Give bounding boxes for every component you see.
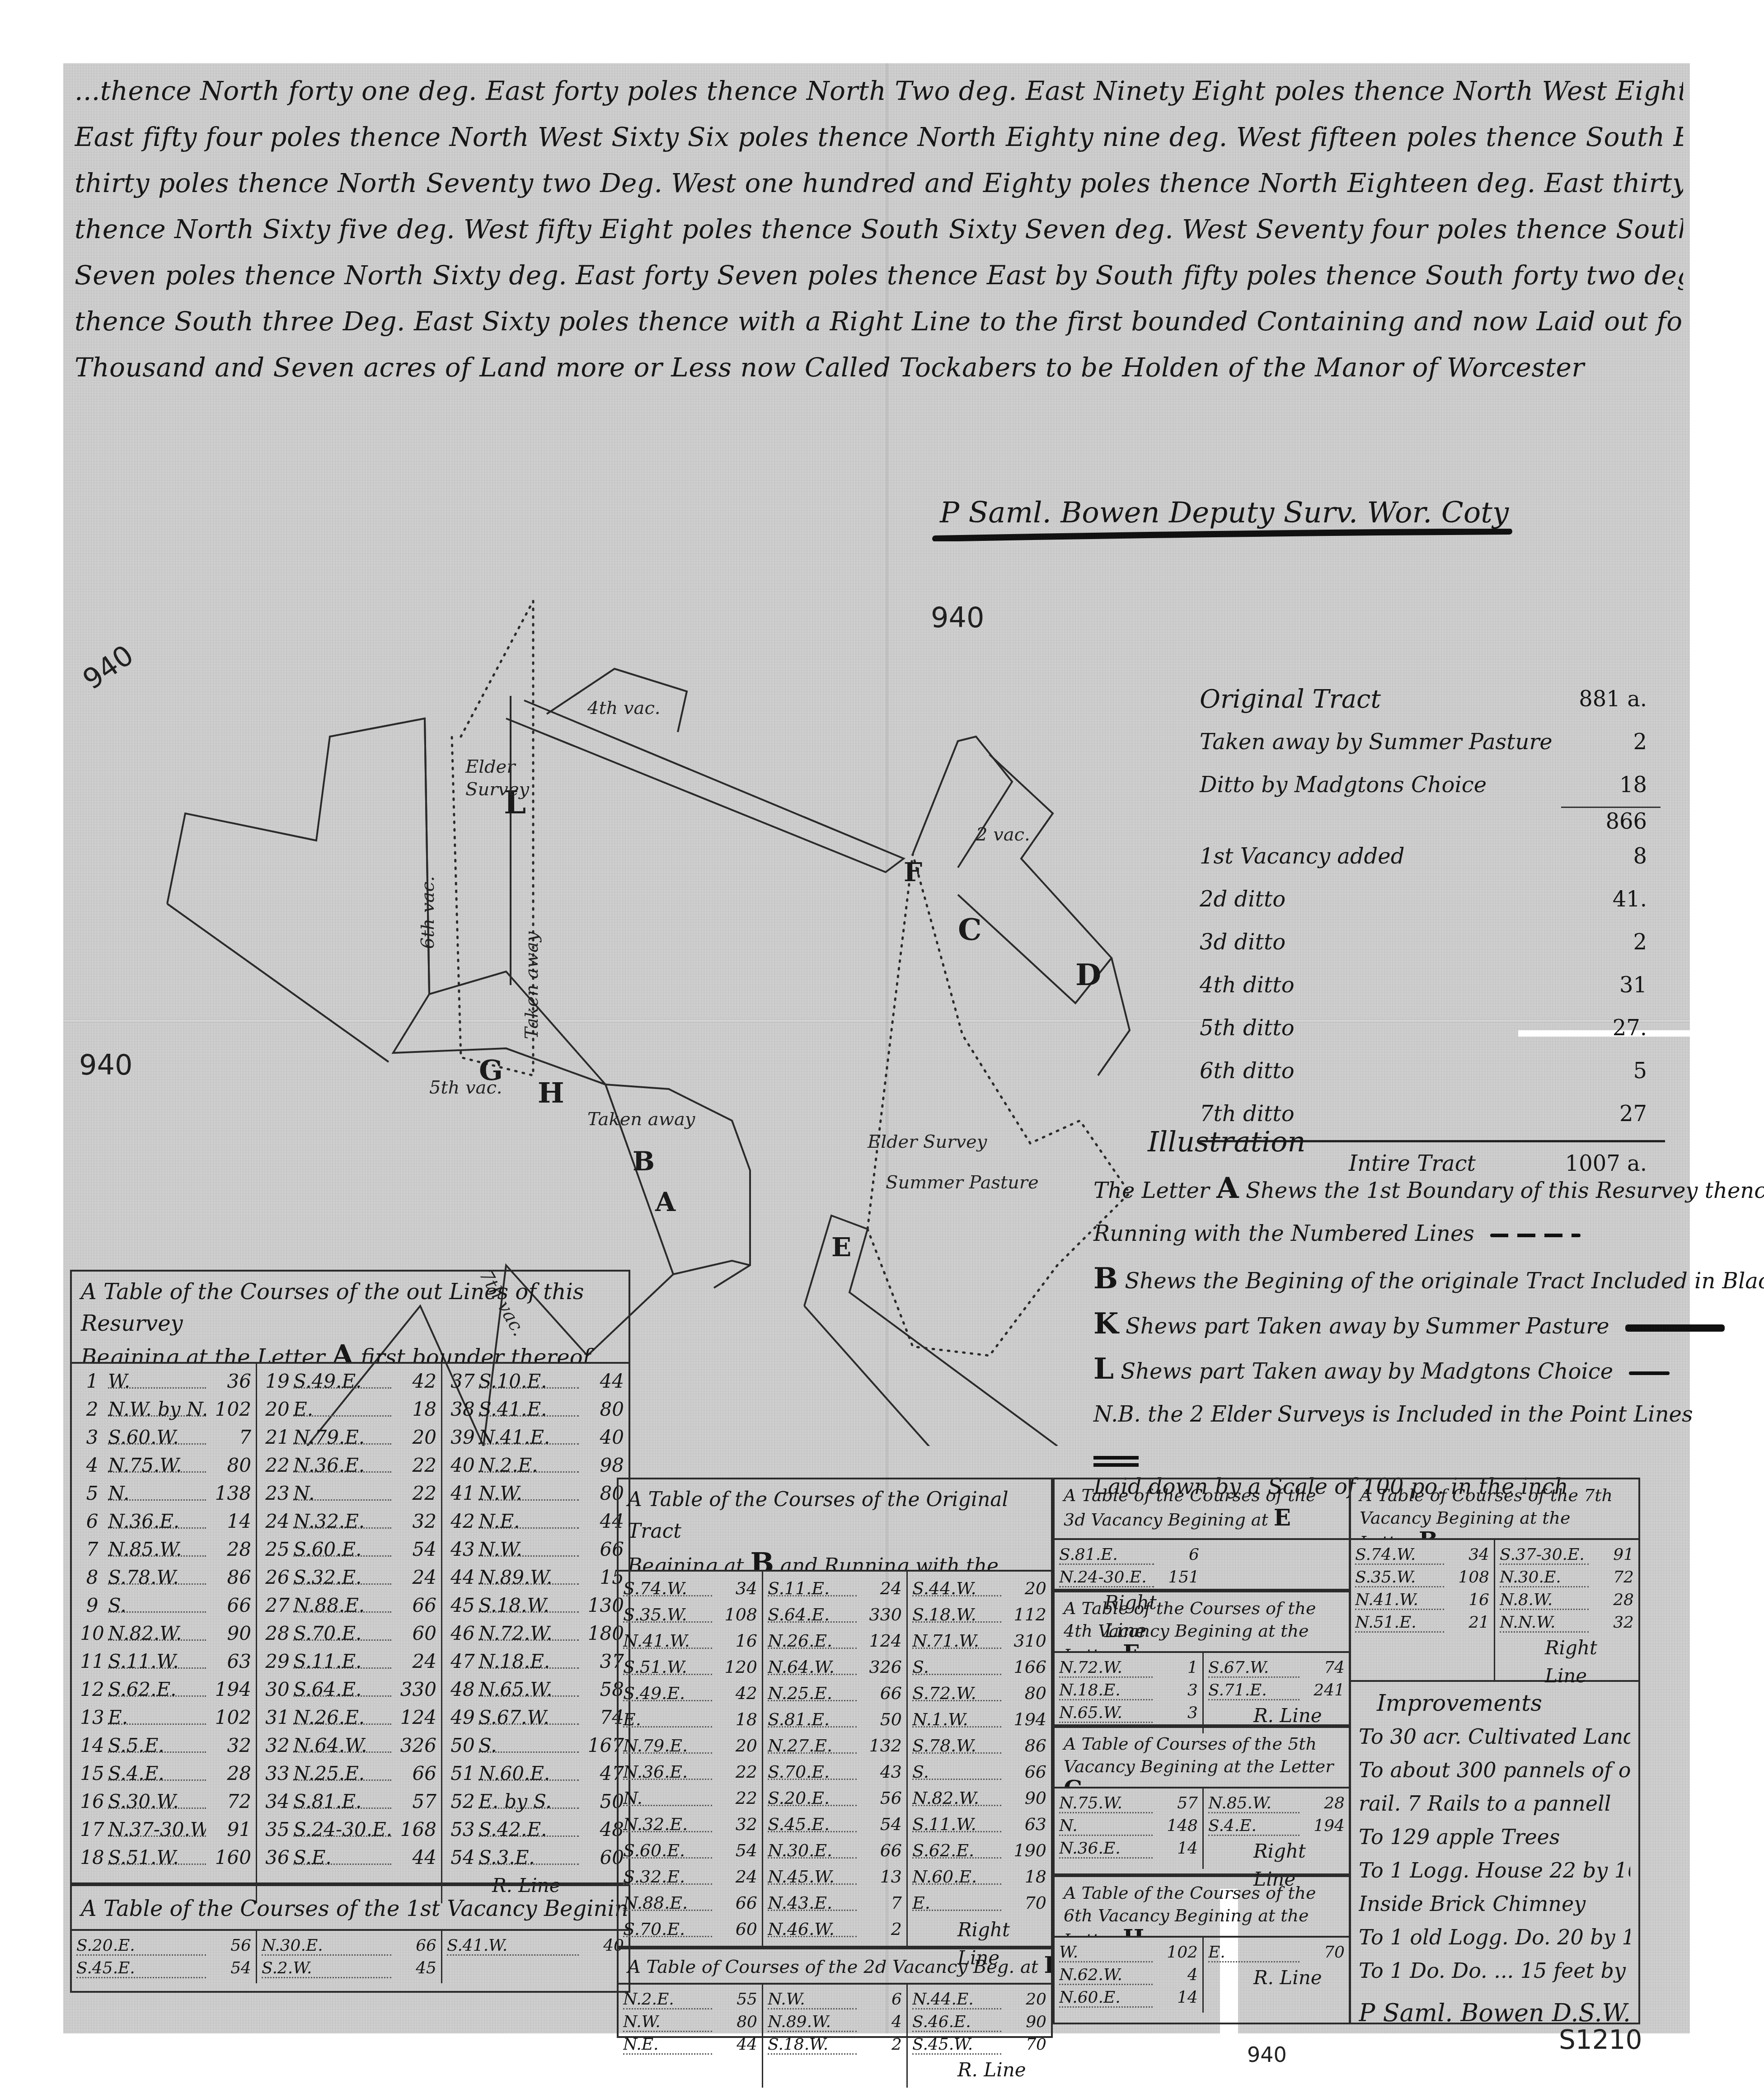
course-distance: 50 — [857, 1706, 902, 1732]
course-distance: 91 — [1589, 1544, 1634, 1566]
course-bearing: S.70.E. — [623, 1916, 712, 1942]
line-number: 10 — [76, 1620, 108, 1648]
table-row: S.32.E.24 — [623, 1864, 757, 1890]
course-distance: 63 — [1001, 1811, 1046, 1837]
line-number: 28 — [262, 1620, 293, 1648]
deed-line: ...thence North forty one deg. East fort… — [75, 68, 1683, 114]
tally-value: 5 — [1633, 1050, 1647, 1093]
course-distance: 66 — [206, 1591, 251, 1620]
course-bearing: N.24-30.E. — [1059, 1566, 1154, 1589]
legend-item-note: N.B. the 2 Elder Surveys is Included in … — [1093, 1392, 1676, 1437]
table-column: N.2.E.55N.W.80N.E.44 — [619, 1985, 763, 2088]
course-distance: 14 — [1153, 1986, 1198, 2009]
course-distance: 70 — [1300, 1941, 1345, 1964]
course-bearing: S.35.W. — [1355, 1566, 1444, 1589]
legend-text: Shews part Taken away by Summer Pasture — [1126, 1314, 1609, 1339]
map-label-4th-vac: 4th vac. — [587, 698, 661, 718]
table-row: N.45.W.13 — [768, 1864, 902, 1890]
line-number: 34 — [262, 1788, 293, 1816]
table-row: N.148 — [1059, 1815, 1198, 1837]
course-bearing: N.36.E. — [623, 1759, 712, 1785]
table-column: N.72.W.1N.18.E.3N.65.W.3 — [1055, 1653, 1204, 1733]
table-column: N.85.W.28S.4.E.194Right Line — [1204, 1789, 1349, 1869]
table-row: W.102 — [1059, 1941, 1198, 1964]
table-column: S.74.W.34S.35.W.108N.41.W.16S.51.W.120S.… — [619, 1572, 763, 1948]
tally-row: 4th ditto31 — [1200, 964, 1665, 1007]
table-row: 19S.49.E.42 — [262, 1367, 436, 1395]
table-column: S.67.W.74S.71.E.241R. Line — [1204, 1653, 1349, 1733]
course-bearing: N.E. — [479, 1507, 579, 1535]
course-bearing: S.67.W. — [479, 1704, 579, 1732]
course-distance: 330 — [391, 1676, 436, 1704]
course-distance: 28 — [1300, 1792, 1345, 1815]
tally-value: 27. — [1613, 1007, 1647, 1050]
course-bearing: S. — [479, 1732, 579, 1760]
table-row: S.11.W.63 — [912, 1811, 1046, 1837]
table-row: S.18.W.2 — [768, 2033, 902, 2056]
table-row: N.W.80 — [623, 2011, 757, 2033]
course-distance: 168 — [391, 1816, 436, 1844]
course-bearing: S.11.W. — [108, 1648, 206, 1676]
table-row: N.26.E.124 — [768, 1628, 902, 1654]
table-row: 51N.60.E.47 — [447, 1760, 624, 1788]
map-label-5th-vac: 5th vac. — [429, 1077, 502, 1098]
course-bearing: N.72.W. — [479, 1620, 579, 1648]
course-bearing: S.5.E. — [108, 1732, 206, 1760]
table-row: N.75.W.57 — [1059, 1792, 1198, 1815]
table-row: 2N.W. by N.102 — [76, 1395, 251, 1423]
course-bearing: S.20.E. — [768, 1785, 857, 1811]
table-row: 16S.30.W.72 — [76, 1788, 251, 1816]
course-bearing: N.65.W. — [1059, 1702, 1153, 1724]
course-bearing: N.W. — [768, 1988, 857, 2011]
table-row: N.79.E.20 — [623, 1732, 757, 1759]
course-bearing: N.41.W. — [1355, 1589, 1444, 1611]
improvement-item: To 129 apple Trees — [1359, 1820, 1630, 1854]
line-number: 33 — [262, 1760, 293, 1788]
table-row: S.20.E.56 — [76, 1934, 251, 1957]
table-row: S.35.W.108 — [1355, 1566, 1489, 1589]
course-bearing: N.64.W. — [768, 1654, 857, 1680]
table-row: 52E. by S.50 — [447, 1788, 624, 1816]
course-distance: 32 — [391, 1507, 436, 1535]
course-bearing: N.30.E. — [262, 1934, 391, 1957]
course-bearing: N.2.E. — [479, 1451, 579, 1479]
course-distance: 13 — [857, 1864, 902, 1890]
course-distance: 102 — [206, 1704, 251, 1732]
table-row: S.70.E.60 — [623, 1916, 757, 1942]
table-row: N.62.W.4 — [1059, 1964, 1198, 1986]
legend-prefix: The Letter — [1093, 1178, 1210, 1203]
table-row: N.18.E.3 — [1059, 1679, 1198, 1702]
course-distance: 90 — [1001, 1785, 1046, 1811]
table-row: S.74.W.34 — [1355, 1544, 1489, 1566]
course-distance: 54 — [712, 1837, 757, 1864]
course-distance: 102 — [206, 1395, 251, 1423]
course-distance: 56 — [206, 1934, 251, 1957]
tally-value: 881 a. — [1579, 678, 1647, 721]
tally-label: 4th ditto — [1200, 964, 1295, 1007]
table-row: 45S.18.W.130 — [447, 1591, 624, 1620]
table-row: S.45.E.54 — [768, 1811, 902, 1837]
course-distance: 24 — [391, 1563, 436, 1591]
table-vacancy-6: A Table of the Courses of the 6th Vacanc… — [1053, 1875, 1351, 2024]
course-distance: 43 — [857, 1759, 902, 1785]
course-bearing: N.43.E. — [768, 1890, 857, 1916]
course-distance: 90 — [1001, 2011, 1046, 2033]
line-number: 7 — [76, 1535, 108, 1563]
course-distance: 138 — [206, 1479, 251, 1507]
table-row: S.45.E.54 — [76, 1957, 251, 1980]
course-bearing: S.70.E. — [293, 1620, 391, 1648]
course-bearing: S.4.E. — [108, 1760, 206, 1788]
line-number: 44 — [447, 1563, 479, 1591]
table-columns: 1W.362N.W. by N.1023S.60.W.74N.75.W.805N… — [72, 1364, 629, 1903]
course-bearing: S.67.W. — [1208, 1657, 1300, 1679]
course-distance: 66 — [857, 1837, 902, 1864]
table-row: 48N.65.W.58 — [447, 1676, 624, 1704]
table-title: A Table of the Courses of the 6th Vacanc… — [1055, 1877, 1349, 1938]
table-row: N.25.E.66 — [768, 1680, 902, 1706]
course-bearing: W. — [108, 1367, 206, 1395]
map-letter-E: E — [831, 1232, 851, 1263]
table-title: A Table of the Courses of the 4th Vacanc… — [1055, 1592, 1349, 1653]
course-distance: 190 — [1001, 1837, 1046, 1864]
table-column: S.11.E.24S.64.E.330N.26.E.124N.64.W.326N… — [763, 1572, 908, 1948]
table-row: S.72.W.80 — [912, 1680, 1046, 1706]
course-bearing: S.4.E. — [1208, 1815, 1300, 1837]
course-bearing: S.32.E. — [623, 1864, 712, 1890]
line-number: 2 — [76, 1395, 108, 1423]
table-row: N.60.E.18 — [912, 1864, 1046, 1890]
course-bearing: N. — [1059, 1815, 1153, 1837]
line-number: 11 — [76, 1648, 108, 1676]
table-vacancy-2: A Table of Courses of the 2d Vacancy Beg… — [617, 1948, 1053, 2038]
line-number: 53 — [447, 1816, 479, 1844]
course-distance: 72 — [206, 1788, 251, 1816]
ref-number: 940 — [1247, 2042, 1287, 2067]
course-distance: 194 — [1001, 1706, 1046, 1732]
course-distance: 28 — [206, 1760, 251, 1788]
tally-label: 6th ditto — [1200, 1050, 1295, 1093]
table-title: A Table of Courses of the 2d Vacancy Beg… — [619, 1949, 1051, 1985]
table-row: 14S.5.E.32 — [76, 1732, 251, 1760]
table-row: 1W.36 — [76, 1367, 251, 1395]
course-distance: 34 — [712, 1575, 757, 1601]
table-row: 3S.60.W.7 — [76, 1423, 251, 1451]
course-bearing: S.11.E. — [768, 1575, 857, 1601]
table-row: S.67.W.74 — [1208, 1657, 1345, 1679]
course-distance: 108 — [712, 1601, 757, 1628]
thick-line-swatch-icon — [1625, 1324, 1725, 1332]
table-row: 34S.81.E.57 — [262, 1788, 436, 1816]
line-number: 39 — [447, 1423, 479, 1451]
course-distance: 2 — [857, 2033, 902, 2056]
course-distance: 24 — [857, 1575, 902, 1601]
table-row: 23N.22 — [262, 1479, 436, 1507]
course-bearing: S.46.E. — [912, 2011, 1001, 2033]
legend-text: Shews part Taken away by Madgtons Choice — [1121, 1359, 1613, 1384]
legend-text: Running with the Numbered Lines — [1093, 1221, 1474, 1246]
course-bearing: N.32.E. — [623, 1811, 712, 1837]
line-number: 47 — [447, 1648, 479, 1676]
course-bearing: N.82.W. — [912, 1785, 1001, 1811]
table-column: N.75.W.57N.148N.36.E.14 — [1055, 1789, 1204, 1869]
table-row: 49S.67.W.74 — [447, 1704, 624, 1732]
table-row: N.E.44 — [623, 2033, 757, 2056]
legend-key: K — [1093, 1307, 1119, 1341]
table-row: N.88.E.66 — [623, 1890, 757, 1916]
table-row: 21N.79.E.20 — [262, 1423, 436, 1451]
table-row: N.32.E.32 — [623, 1811, 757, 1837]
table-row: S.71.E.241 — [1208, 1679, 1345, 1702]
table-row: 20E.18 — [262, 1395, 436, 1423]
table-title-line: Begining at the Letter A first bounder t… — [81, 1339, 619, 1364]
table-column: S.37-30.E.91N.30.E.72N.8.W.28N.N.W.32Rig… — [1495, 1540, 1638, 1680]
table-row: S.2.W.45 — [262, 1957, 436, 1980]
course-bearing: S.24-30.E. — [293, 1816, 391, 1844]
course-bearing: N.65.W. — [479, 1676, 579, 1704]
course-distance: 194 — [206, 1676, 251, 1704]
table-row: S.64.E.330 — [768, 1601, 902, 1628]
deed-line: thence North Sixty five deg. West fifty … — [75, 206, 1683, 252]
table-row: 50S.167 — [447, 1732, 624, 1760]
table-row: S.20.E.56 — [768, 1785, 902, 1811]
map-label-taken-away: Taken away — [587, 1109, 696, 1130]
course-distance: 70 — [1001, 1890, 1046, 1916]
course-distance: 4 — [857, 2011, 902, 2033]
tally-value: 2 — [1633, 921, 1647, 964]
table-row: N.85.W.28 — [1208, 1792, 1345, 1815]
tally-label: 3d ditto — [1200, 921, 1285, 964]
table-row: N.8.W.28 — [1500, 1589, 1634, 1611]
course-bearing: S.60.E. — [623, 1837, 712, 1864]
line-number: 41 — [447, 1479, 479, 1507]
table-row: 6N.36.E.14 — [76, 1507, 251, 1535]
table-column: 19S.49.E.4220E.1821N.79.E.2022N.36.E.222… — [257, 1364, 442, 1903]
course-bearing: N.W. — [479, 1479, 579, 1507]
course-distance: 74 — [1300, 1657, 1345, 1679]
course-bearing: N. — [623, 1785, 712, 1811]
legend-text: Shews the Begining of the originale Trac… — [1125, 1268, 1764, 1294]
course-distance: 166 — [1001, 1654, 1046, 1680]
course-distance: 66 — [391, 1591, 436, 1620]
course-distance: 34 — [1444, 1544, 1489, 1566]
course-bearing: S.51.W. — [623, 1654, 712, 1680]
course-bearing: S.78.W. — [912, 1732, 1001, 1759]
course-bearing: S.11.E. — [293, 1648, 391, 1676]
course-distance: 44 — [391, 1844, 436, 1872]
course-bearing: N.32.E. — [293, 1507, 391, 1535]
course-bearing: S.30.W. — [108, 1788, 206, 1816]
course-bearing: N.26.E. — [768, 1628, 857, 1654]
table-row: 41N.W.80 — [447, 1479, 624, 1507]
table-column: S.20.E.56S.45.E.54 — [72, 1931, 257, 1983]
table-row: S.45.W.70 — [912, 2033, 1046, 2056]
course-bearing: S.32.E. — [293, 1563, 391, 1591]
course-bearing: N.30.E. — [768, 1837, 857, 1864]
course-bearing: N.W. by N. — [108, 1395, 206, 1423]
course-bearing: N.89.W. — [479, 1563, 579, 1591]
table-row: S.44.W.20 — [912, 1575, 1046, 1601]
line-number: 26 — [262, 1563, 293, 1591]
table-row: 13E.102 — [76, 1704, 251, 1732]
course-bearing: S.49.E. — [623, 1680, 712, 1706]
course-distance: 91 — [206, 1816, 251, 1844]
line-number: 22 — [262, 1451, 293, 1479]
tally-value: 27 — [1619, 1093, 1647, 1136]
map-label-summer-pasture: Summer Pasture — [886, 1172, 1039, 1193]
table-row: N.22 — [623, 1785, 757, 1811]
tally-label: 7th ditto — [1200, 1093, 1295, 1136]
course-bearing: S.18.W. — [912, 1601, 1001, 1628]
legend-key: A — [1216, 1171, 1239, 1205]
table-row: 43N.W.66 — [447, 1535, 624, 1563]
table-row: N.1.W.194 — [912, 1706, 1046, 1732]
legend-key: L — [1093, 1352, 1114, 1386]
signature-flourish-icon — [931, 529, 1518, 541]
table-row: 30S.64.E.330 — [262, 1676, 436, 1704]
course-bearing: N.62.W. — [1059, 1964, 1153, 1986]
table-row: N.36.E.14 — [1059, 1837, 1198, 1860]
course-distance: 20 — [1001, 1575, 1046, 1601]
table-column: 1W.362N.W. by N.1023S.60.W.74N.75.W.805N… — [72, 1364, 257, 1903]
line-number: 6 — [76, 1507, 108, 1535]
course-distance: 4 — [1153, 1964, 1198, 1986]
table-row: N.30.E.66 — [262, 1934, 436, 1957]
tally-label: Taken away by Summer Pasture — [1200, 721, 1553, 764]
table-row: N.36.E.22 — [623, 1759, 757, 1785]
course-distance: 21 — [1444, 1611, 1489, 1634]
course-distance: 80 — [1001, 1680, 1046, 1706]
table-row: N.41.W.16 — [623, 1628, 757, 1654]
table-row: N.46.W.2 — [768, 1916, 902, 1942]
course-distance: 80 — [206, 1451, 251, 1479]
course-distance: 54 — [391, 1535, 436, 1563]
line-number: 50 — [447, 1732, 479, 1760]
table-column: E.70R. Line — [1204, 1938, 1349, 2013]
course-bearing: S.74.W. — [1355, 1544, 1444, 1566]
tally-row: 2d ditto41. — [1200, 878, 1665, 921]
line-number: 18 — [76, 1844, 108, 1872]
legend-text: Shews the 1st Boundary of this Resurvey … — [1246, 1178, 1764, 1203]
course-distance: 56 — [857, 1785, 902, 1811]
table-row: S.49.E.42 — [623, 1680, 757, 1706]
table-vacancy-7: A Table of Courses of the 7th Vacancy Be… — [1349, 1478, 1640, 2024]
course-distance: 32 — [712, 1811, 757, 1837]
course-bearing: N.89.W. — [768, 2011, 857, 2033]
thin-line-swatch-icon — [1629, 1371, 1670, 1375]
tally-label: 5th ditto — [1200, 1007, 1295, 1050]
deed-line: Seven poles thence North Sixty deg. East… — [75, 252, 1683, 298]
tally-label: Original Tract — [1200, 678, 1381, 721]
table-columns: N.72.W.1N.18.E.3N.65.W.3S.67.W.74S.71.E.… — [1055, 1653, 1349, 1733]
line-number: 45 — [447, 1591, 479, 1620]
map-label-taken-away-l: Taken away — [521, 931, 542, 1039]
course-bearing: N.88.E. — [623, 1890, 712, 1916]
table-title-line: A Table of the Courses of the out Lines … — [81, 1276, 619, 1339]
table-end-note: R. Line — [912, 2056, 1046, 2084]
course-distance: 14 — [206, 1507, 251, 1535]
table-row: N.2.E.55 — [623, 1988, 757, 2011]
improvement-item: To 1 Do. Do. ... 15 feet by 12 — [1359, 1954, 1630, 1987]
legend-double-rule-icon — [1093, 1437, 1676, 1464]
legend-item-K: K Shews part Taken away by Summer Pastur… — [1093, 1301, 1676, 1347]
table-row: 54S.3.E.60 — [447, 1844, 624, 1872]
line-number: 21 — [262, 1423, 293, 1451]
legend-text: N.B. the 2 Elder Surveys is Included in … — [1093, 1402, 1693, 1427]
course-bearing: N.60.E. — [1059, 1986, 1153, 2009]
course-bearing: S.64.E. — [293, 1676, 391, 1704]
line-number: 40 — [447, 1451, 479, 1479]
course-bearing: N.44.E. — [912, 1988, 1001, 2011]
course-distance: 1 — [1153, 1657, 1198, 1679]
table-row: N.27.E.132 — [768, 1732, 902, 1759]
line-number: 46 — [447, 1620, 479, 1648]
course-bearing: S.3.E. — [479, 1844, 579, 1872]
deed-line: East fifty four poles thence North West … — [75, 114, 1683, 160]
course-bearing: N.N.W. — [1500, 1611, 1589, 1634]
table-original-tract: A Table of the Courses of the Original T… — [617, 1478, 1053, 1948]
table-column: W.102N.62.W.4N.60.E.14 — [1055, 1938, 1204, 2013]
course-distance: 16 — [712, 1628, 757, 1654]
line-number: 42 — [447, 1507, 479, 1535]
course-bearing: S.81.E. — [1059, 1544, 1154, 1566]
course-bearing: S.64.E. — [768, 1601, 857, 1628]
table-row: N.W.6 — [768, 1988, 902, 2011]
course-bearing: N.64.W. — [293, 1732, 391, 1760]
course-bearing: S.81.E. — [768, 1706, 857, 1732]
course-distance: 241 — [1300, 1679, 1345, 1702]
map-label-2-vac: 2 vac. — [976, 824, 1030, 845]
table-row: 11S.11.W.63 — [76, 1648, 251, 1676]
course-distance: 18 — [391, 1395, 436, 1423]
course-bearing: E. — [912, 1890, 1001, 1916]
course-bearing: N.85.W. — [1208, 1792, 1300, 1815]
table-row: N.89.W.4 — [768, 2011, 902, 2033]
tally-row: 5th ditto27. — [1200, 1007, 1665, 1050]
table-row: N.41.W.16 — [1355, 1589, 1489, 1611]
table-row: 22N.36.E.22 — [262, 1451, 436, 1479]
deed-line: thirty poles thence North Seventy two De… — [75, 160, 1683, 206]
course-bearing: S.72.W. — [912, 1680, 1001, 1706]
course-distance: 44 — [712, 2033, 757, 2056]
table-row: 10N.82.W.90 — [76, 1620, 251, 1648]
course-bearing: N.75.W. — [108, 1451, 206, 1479]
table-row: 12S.62.E.194 — [76, 1676, 251, 1704]
table-row: 8S.78.W.86 — [76, 1563, 251, 1591]
course-distance: 326 — [857, 1654, 902, 1680]
course-bearing: S.70.E. — [768, 1759, 857, 1785]
tally-value: 8 — [1633, 835, 1647, 878]
course-distance: 3 — [1153, 1702, 1198, 1724]
table-row: 17N.37-30.W.91 — [76, 1816, 251, 1844]
course-bearing: N.W. — [479, 1535, 579, 1563]
tally-value: 18 — [1619, 764, 1647, 807]
line-number: 35 — [262, 1816, 293, 1844]
course-distance: 66 — [1001, 1759, 1046, 1785]
line-number: 17 — [76, 1816, 108, 1844]
course-bearing: S.78.W. — [108, 1563, 206, 1591]
course-bearing: S.49.E. — [293, 1367, 391, 1395]
line-number: 52 — [447, 1788, 479, 1816]
map-letter-B: B — [633, 1146, 655, 1177]
course-distance: 7 — [857, 1890, 902, 1916]
table-row: 53S.42.E.48 — [447, 1816, 624, 1844]
tally-value: 866 — [1605, 808, 1647, 835]
line-number: 32 — [262, 1732, 293, 1760]
course-distance: 330 — [857, 1601, 902, 1628]
